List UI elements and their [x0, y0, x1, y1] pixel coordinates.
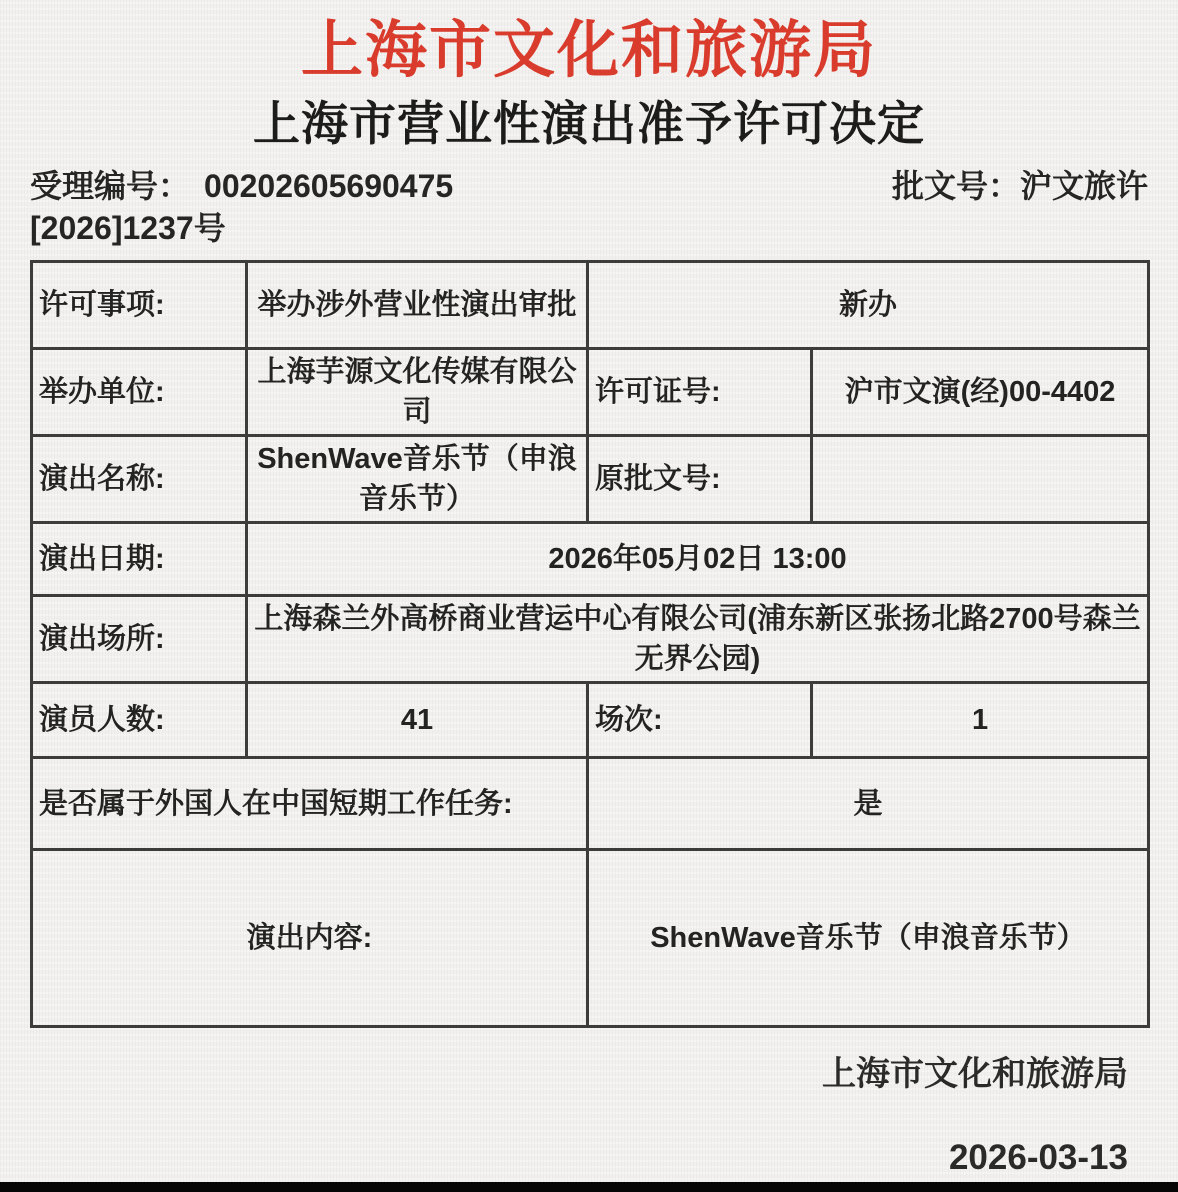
performer-count-label: 演员人数: [32, 683, 247, 758]
permit-table: 许可事项: 举办涉外营业性演出审批 新办 举办单位: 上海芋源文化传媒有限公司 … [30, 260, 1150, 1028]
foreign-short-term-work-value: 是 [588, 758, 1149, 850]
permit-item-value: 举办涉外营业性演出审批 [247, 262, 588, 349]
performance-date-value: 2026年05月02日 13:00 [247, 523, 1149, 596]
row-foreign-short-term-work: 是否属于外国人在中国短期工作任务: 是 [32, 758, 1149, 850]
permit-item-status: 新办 [588, 262, 1149, 349]
organizer-value: 上海芋源文化传媒有限公司 [247, 349, 588, 436]
performance-date-label: 演出日期: [32, 523, 247, 596]
performance-name-label: 演出名称: [32, 436, 247, 523]
approval-number-group: 批文号：沪文旅许 [892, 166, 1148, 206]
license-no-value: 沪市文演(经)00-4402 [812, 349, 1149, 436]
reference-line-1: 受理编号：00202605690475 批文号：沪文旅许 [30, 166, 1148, 206]
approval-number-part1: 沪文旅许 [1020, 168, 1148, 204]
row-performance-date: 演出日期: 2026年05月02日 13:00 [32, 523, 1149, 596]
row-venue: 演出场所: 上海森兰外高桥商业营运中心有限公司(浦东新区张扬北路2700号森兰无… [32, 596, 1149, 683]
issue-date: 2026-03-13 [0, 1138, 1128, 1178]
issuing-authority: 上海市文化和旅游局 [0, 1054, 1128, 1094]
original-approval-no-value [812, 436, 1149, 523]
approval-number-part2: [2026]1237号 [30, 208, 1148, 248]
performance-content-value: ShenWave音乐节（申浪音乐节） [588, 850, 1149, 1027]
original-approval-no-label: 原批文号: [588, 436, 812, 523]
row-permit-item: 许可事项: 举办涉外营业性演出审批 新办 [32, 262, 1149, 349]
foreign-short-term-work-label: 是否属于外国人在中国短期工作任务: [32, 758, 588, 850]
license-no-label: 许可证号: [588, 349, 812, 436]
reference-numbers: 受理编号：00202605690475 批文号：沪文旅许 [2026]1237号 [30, 166, 1148, 248]
acceptance-number-group: 受理编号：00202605690475 [30, 166, 453, 206]
performance-content-label: 演出内容: [32, 850, 588, 1027]
bottom-black-bar [0, 1182, 1178, 1192]
row-performance-content: 演出内容: ShenWave音乐节（申浪音乐节） [32, 850, 1149, 1027]
row-performance-name: 演出名称: ShenWave音乐节（申浪音乐节） 原批文号: [32, 436, 1149, 523]
agency-title: 上海市文化和旅游局 [0, 16, 1178, 86]
venue-value: 上海森兰外高桥商业营运中心有限公司(浦东新区张扬北路2700号森兰无界公园) [247, 596, 1149, 683]
approval-number-label: 批文号： [892, 168, 1020, 204]
venue-label: 演出场所: [32, 596, 247, 683]
organizer-label: 举办单位: [32, 349, 247, 436]
acceptance-number-label: 受理编号： [30, 168, 190, 204]
row-counts: 演员人数: 41 场次: 1 [32, 683, 1149, 758]
performer-count-value: 41 [247, 683, 588, 758]
row-organizer: 举办单位: 上海芋源文化传媒有限公司 许可证号: 沪市文演(经)00-4402 [32, 349, 1149, 436]
performance-name-value: ShenWave音乐节（申浪音乐节） [247, 436, 588, 523]
session-count-value: 1 [812, 683, 1149, 758]
document-title: 上海市营业性演出准予许可决定 [0, 98, 1178, 150]
acceptance-number-value: 00202605690475 [204, 168, 453, 204]
permit-item-label: 许可事项: [32, 262, 247, 349]
session-count-label: 场次: [588, 683, 812, 758]
